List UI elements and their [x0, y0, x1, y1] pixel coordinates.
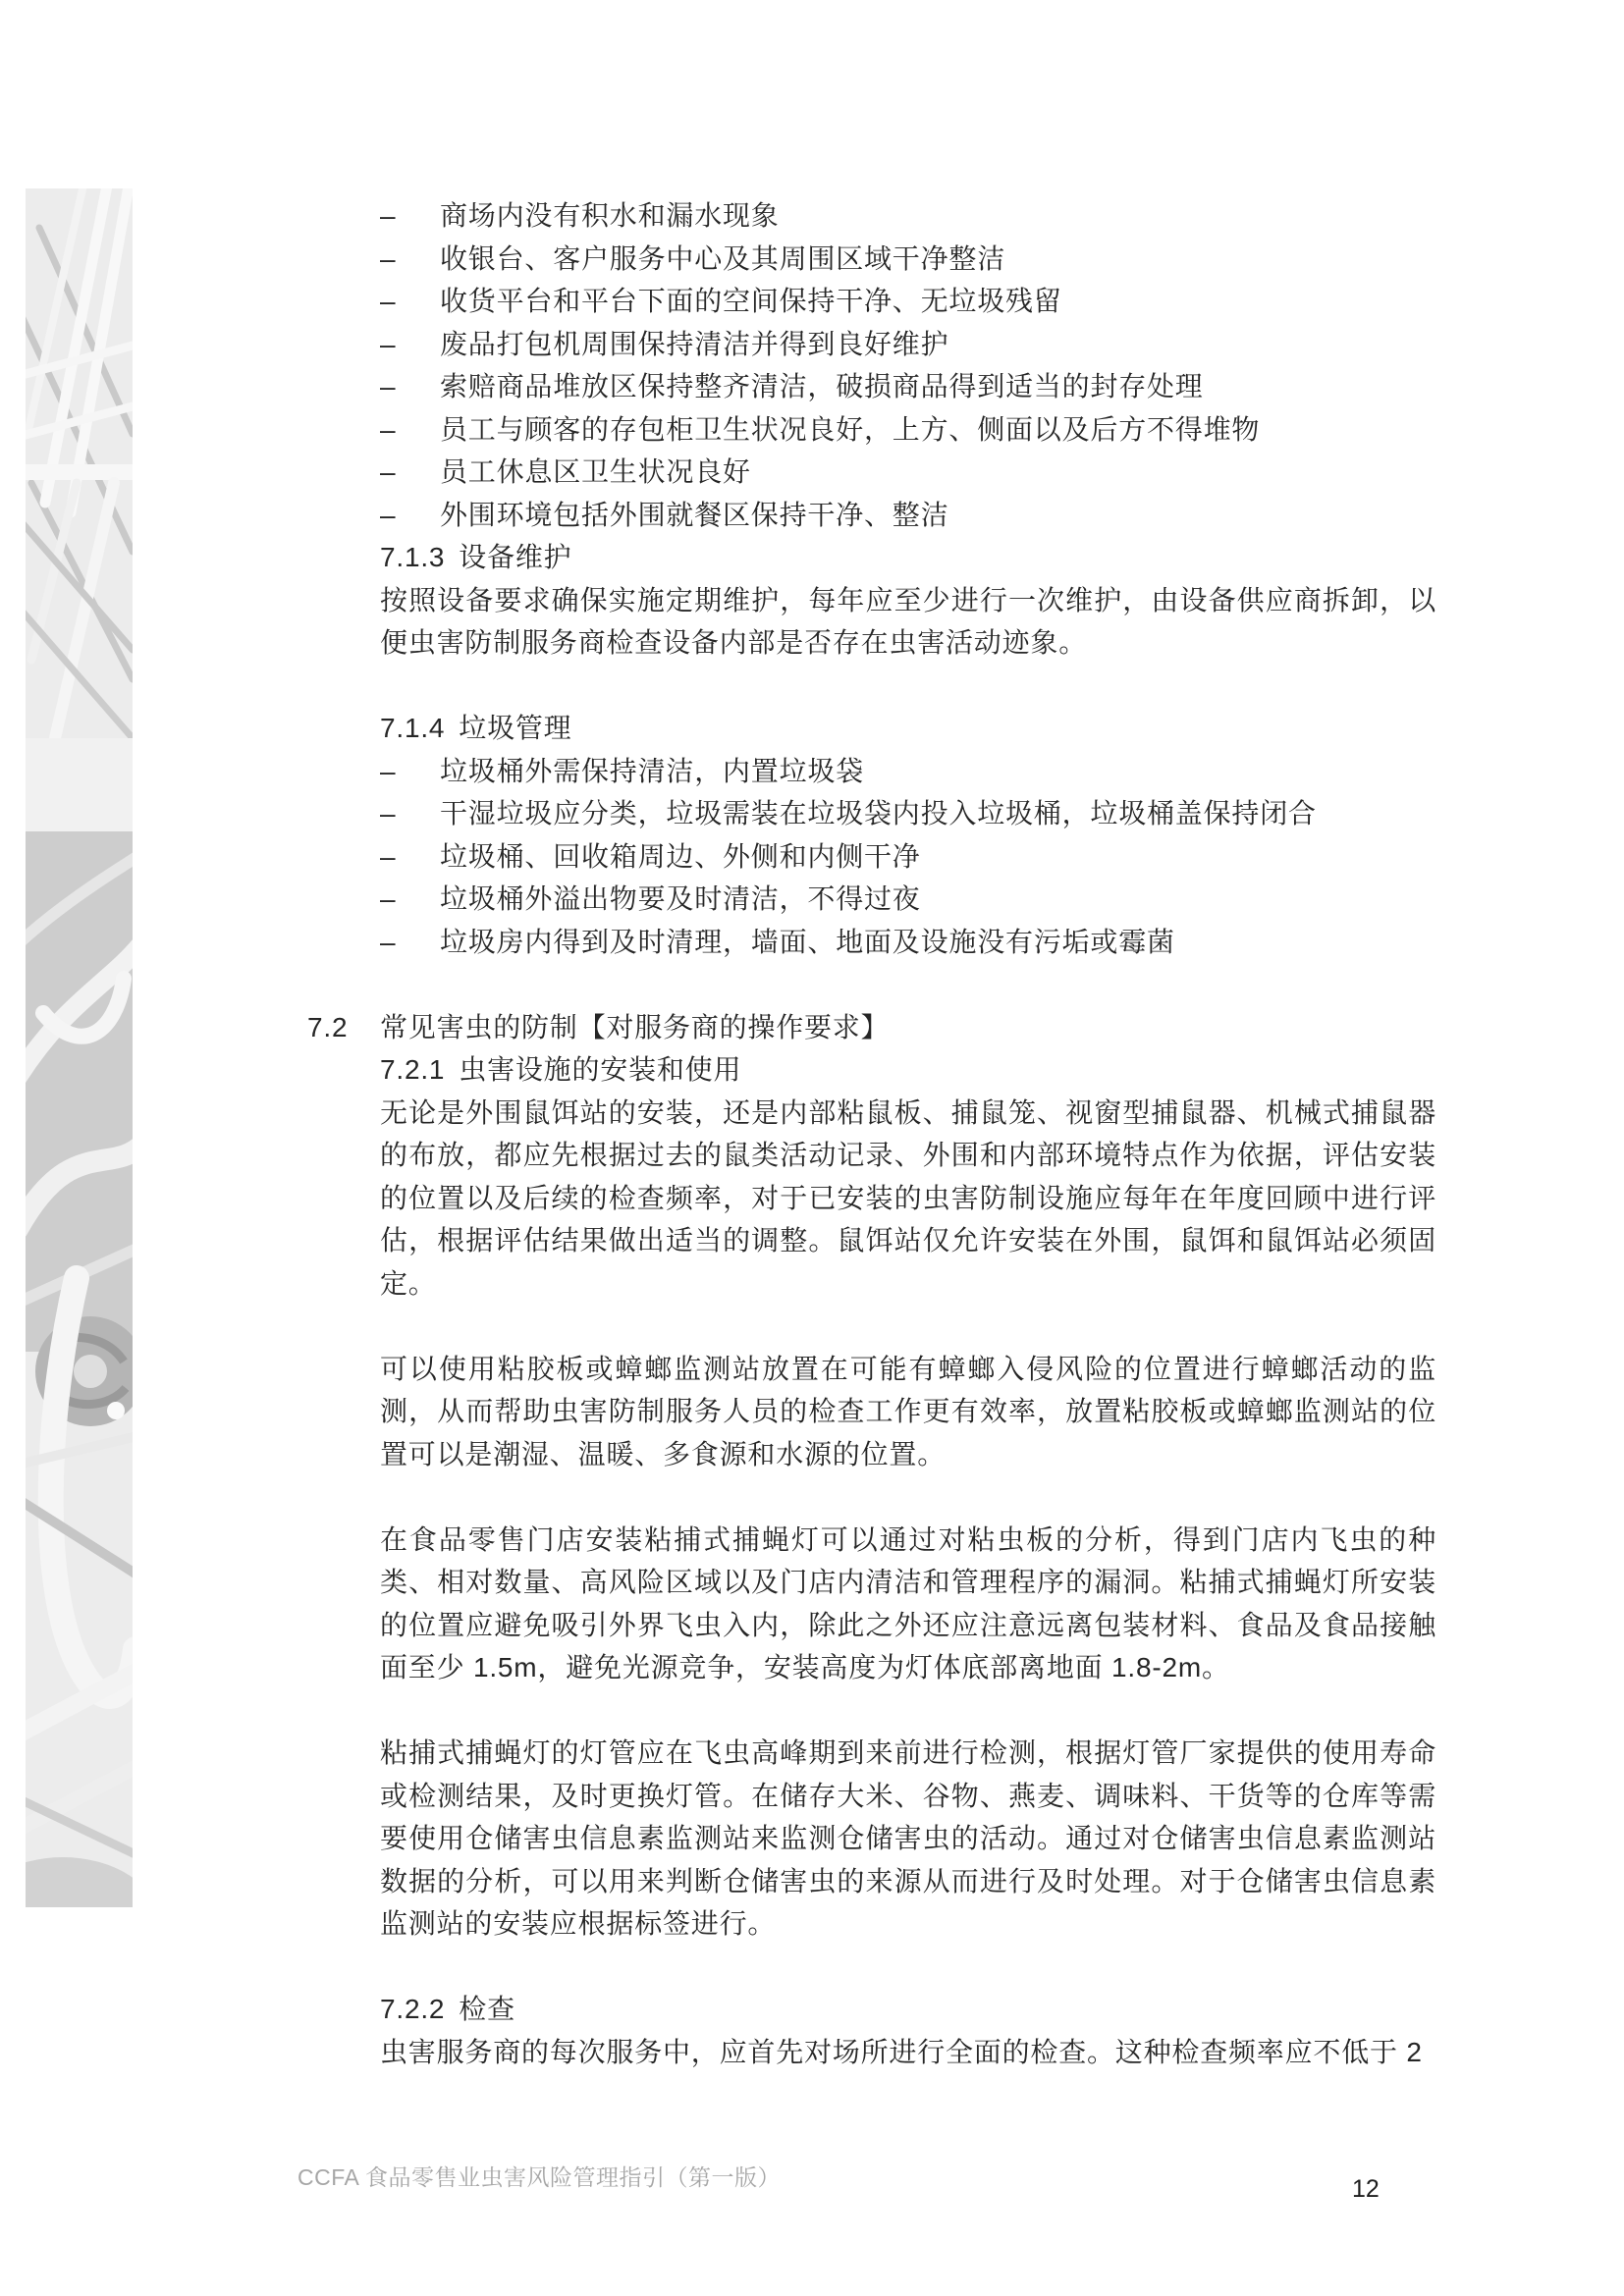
section-heading-7-2: 7.2 常见害虫的防制【对服务商的操作要求】 — [380, 1006, 1436, 1049]
list-item: – 员工与顾客的存包柜卫生状况良好，上方、侧面以及后方不得堆物 — [380, 408, 1436, 452]
list-item: – 垃圾桶、回收箱周边、外侧和内侧干净 — [380, 835, 1436, 879]
bullet-dash: – — [380, 792, 440, 835]
section-title: 垃圾管理 — [459, 713, 571, 743]
bullet-text: 外围环境包括外围就餐区保持干净、整洁 — [440, 494, 1436, 537]
bullet-dash: – — [380, 280, 440, 323]
list-item: – 垃圾桶外溢出物要及时清洁，不得过夜 — [380, 878, 1436, 921]
bullet-text: 废品打包机周围保持清洁并得到良好维护 — [440, 323, 1436, 366]
bullet-dash: – — [380, 750, 440, 793]
list-item: – 收货平台和平台下面的空间保持干净、无垃圾残留 — [380, 280, 1436, 323]
paragraph: 虫害服务商的每次服务中，应首先对场所进行全面的检查。这种检查频率应不低于 2 — [380, 2031, 1436, 2074]
list-item: – 员工休息区卫生状况良好 — [380, 451, 1436, 494]
blank-line — [380, 1475, 1436, 1519]
section-heading-7-2-1: 7.2.1虫害设施的安装和使用 — [380, 1048, 1436, 1092]
footer-document-title: CCFA 食品零售业虫害风险管理指引（第一版） — [298, 2163, 781, 2191]
paragraph: 在食品零售门店安装粘捕式捕蝇灯可以通过对粘虫板的分析，得到门店内飞虫的种类、相对… — [380, 1519, 1436, 1689]
bullet-text: 员工与顾客的存包柜卫生状况良好，上方、侧面以及后方不得堆物 — [440, 408, 1436, 452]
bullet-text: 垃圾桶、回收箱周边、外侧和内侧干净 — [440, 835, 1436, 879]
bullet-text: 商场内没有积水和漏水现象 — [440, 194, 1436, 238]
page-body-text: – 商场内没有积水和漏水现象 – 收银台、客户服务中心及其周围区域干净整洁 – … — [380, 194, 1436, 2073]
section-title: 设备维护 — [459, 542, 571, 572]
list-item: – 废品打包机周围保持清洁并得到良好维护 — [380, 323, 1436, 366]
bullet-dash: – — [380, 408, 440, 452]
page-number: 12 — [1352, 2175, 1380, 2203]
blank-line — [380, 1946, 1436, 1989]
bullet-dash: – — [380, 835, 440, 879]
paragraph: 粘捕式捕蝇灯的灯管应在飞虫高峰期到来前进行检测，根据灯管厂家提供的使用寿命或检测… — [380, 1732, 1436, 1946]
list-item: – 干湿垃圾应分类，垃圾需装在垃圾袋内投入垃圾桶，垃圾桶盖保持闭合 — [380, 792, 1436, 835]
list-item: – 垃圾桶外需保持清洁，内置垃圾袋 — [380, 750, 1436, 793]
list-item: – 收银台、客户服务中心及其周围区域干净整洁 — [380, 238, 1436, 281]
section-heading-7-1-4: 7.1.4垃圾管理 — [380, 707, 1436, 750]
bullet-dash: – — [380, 878, 440, 921]
section-number: 7.1.3 — [380, 542, 445, 572]
bullet-dash: – — [380, 238, 440, 281]
paragraph: 可以使用粘胶板或蟑螂监测站放置在可能有蟑螂入侵风险的位置进行蟑螂活动的监测，从而… — [380, 1348, 1436, 1476]
section-heading-7-1-3: 7.1.3设备维护 — [380, 536, 1436, 579]
bullet-text: 垃圾桶外需保持清洁，内置垃圾袋 — [440, 750, 1436, 793]
list-item: – 外围环境包括外围就餐区保持干净、整洁 — [380, 494, 1436, 537]
list-item: – 索赔商品堆放区保持整齐清洁，破损商品得到适当的封存处理 — [380, 365, 1436, 408]
bullet-dash: – — [380, 365, 440, 408]
blank-line — [380, 665, 1436, 708]
section-number: 7.1.4 — [380, 713, 445, 743]
section-heading-7-2-2: 7.2.2检查 — [380, 1988, 1436, 2031]
bullet-text: 收银台、客户服务中心及其周围区域干净整洁 — [440, 238, 1436, 281]
bullet-text: 员工休息区卫生状况良好 — [440, 451, 1436, 494]
bullet-dash: – — [380, 323, 440, 366]
section-number: 7.2.1 — [380, 1054, 445, 1085]
section-number: 7.2.2 — [380, 1994, 445, 2024]
blank-line — [380, 963, 1436, 1006]
bullet-dash: – — [380, 194, 440, 238]
paragraph: 无论是外围鼠饵站的安装，还是内部粘鼠板、捕鼠笼、视窗型捕鼠器、机械式捕鼠器的布放… — [380, 1092, 1436, 1306]
bullet-dash: – — [380, 451, 440, 494]
document-page: – 商场内没有积水和漏水现象 – 收银台、客户服务中心及其周围区域干净整洁 – … — [0, 0, 1624, 2296]
section-number: 7.2 — [307, 1006, 348, 1049]
bullet-dash: – — [380, 494, 440, 537]
blank-line — [380, 1689, 1436, 1733]
bullet-text: 索赔商品堆放区保持整齐清洁，破损商品得到适当的封存处理 — [440, 365, 1436, 408]
list-item: – 垃圾房内得到及时清理，墙面、地面及设施没有污垢或霉菌 — [380, 921, 1436, 964]
paragraph: 按照设备要求确保实施定期维护，每年应至少进行一次维护，由设备供应商拆卸，以便虫害… — [380, 579, 1436, 665]
list-item: – 商场内没有积水和漏水现象 — [380, 194, 1436, 238]
bullet-text: 垃圾房内得到及时清理，墙面、地面及设施没有污垢或霉菌 — [440, 921, 1436, 964]
blank-line — [380, 1305, 1436, 1348]
bullet-text: 垃圾桶外溢出物要及时清洁，不得过夜 — [440, 878, 1436, 921]
bullet-text: 干湿垃圾应分类，垃圾需装在垃圾袋内投入垃圾桶，垃圾桶盖保持闭合 — [440, 792, 1436, 835]
section-title: 检查 — [459, 1994, 515, 2024]
bullet-dash: – — [380, 921, 440, 964]
section-title: 常见害虫的防制【对服务商的操作要求】 — [380, 1012, 889, 1042]
section-title: 虫害设施的安装和使用 — [459, 1054, 741, 1085]
shopping-cart-photo — [26, 188, 133, 1907]
bullet-text: 收货平台和平台下面的空间保持干净、无垃圾残留 — [440, 280, 1436, 323]
